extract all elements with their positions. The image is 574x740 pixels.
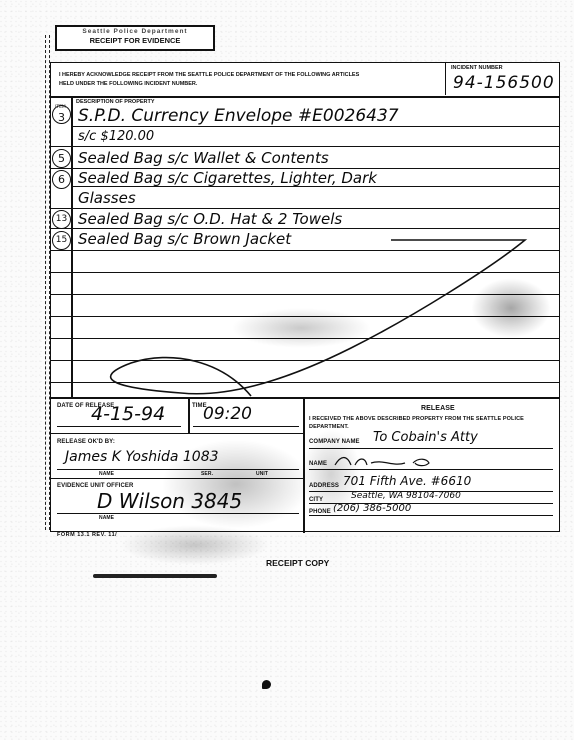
field-underline [309,448,553,449]
city-value: Seattle, WA 98104-7060 [351,491,461,501]
evidence-officer-signature: D Wilson 3845 [97,489,242,513]
row-divider [51,433,303,434]
incident-number-value: 94-156500 [453,73,555,93]
company-name-label: Company Name [309,439,360,445]
acknowledgement-line-1: I hereby acknowledge receipt from the Se… [59,72,359,78]
release-ok-by-label: Release OK'D by: [57,439,115,445]
serial-caption: Ser. [201,471,213,477]
acknowledgement-line-2: held under the following incident number… [59,81,197,87]
recipient-name-label: Name [309,461,327,467]
void-line-scrawl [51,98,559,398]
ink-blot [262,680,271,689]
evidence-receipt-form: I hereby acknowledge receipt from the Se… [50,62,560,532]
form-number: Form 13.1 Rev. 11/ [57,532,117,538]
date-time-divider [188,399,190,433]
recipient-signature [333,453,443,469]
form-title-box: Seattle Police Department Receipt for Ev… [55,25,215,51]
time-underline [193,426,299,427]
release-heading: Release [421,405,455,412]
name-caption: Name [99,471,114,477]
date-underline [57,426,181,427]
company-name-value: To Cobain's Atty [373,430,478,445]
incident-number-block: Incident Number 94-156500 [447,63,559,95]
date-of-release-value: 4-15-94 [91,403,165,425]
row-divider [51,478,303,479]
address-value: 701 Fifth Ave. #6610 [343,474,471,488]
acknowledgement-block: I hereby acknowledge receipt from the Se… [51,63,446,95]
scan-artifact-bar [93,574,217,578]
unit-caption: Unit [256,471,268,477]
section-divider [303,399,305,533]
signature-line [57,513,299,514]
time-value: 09:20 [203,404,252,424]
release-section: Date of Release 4-15-94 Time 09:20 Relea… [51,397,559,533]
department-name: Seattle Police Department [57,27,213,36]
release-ok-by-signature: James K Yoshida 1083 [65,449,219,465]
name-caption: Name [99,515,114,521]
release-statement: I received the above described property … [309,415,549,431]
form-title: Receipt for Evidence [57,36,213,45]
field-underline [309,515,553,516]
receipt-copy-label: Receipt Copy [266,558,329,568]
field-underline [309,469,553,470]
phone-value: (206) 386-5000 [333,503,411,514]
property-description-table: Description of Property Item 3 S.P.D. Cu… [51,96,559,398]
incident-number-label: Incident Number [451,65,503,71]
address-label: Address [309,483,339,489]
